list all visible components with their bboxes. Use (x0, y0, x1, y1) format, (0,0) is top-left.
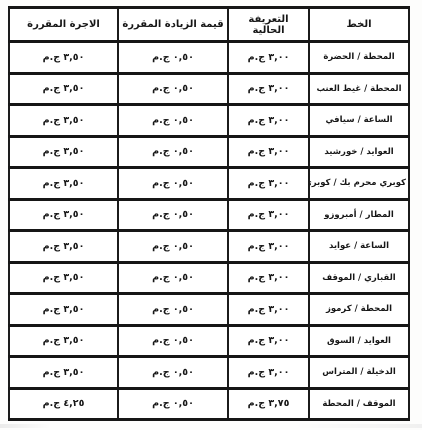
table-row: الموقف / المحطة٣,٧٥ ج.م٠,٥٠ ج.م٤,٢٥ ج.م (9, 388, 409, 420)
cell-increase: ٠,٥٠ ج.م (118, 231, 228, 263)
table-row: العوايد / السوق٣,٠٠ ج.م٠,٥٠ ج.م٣,٥٠ ج.م (9, 325, 409, 357)
cell-new-fare: ٣,٥٠ ج.م (9, 105, 118, 137)
table-row: الساعة / عوايد٣,٠٠ ج.م٠,٥٠ ج.م٣,٥٠ ج.م (9, 231, 409, 263)
table-row: كوبري محرم بك / كوبري الزهور٣,٠٠ ج.م٠,٥٠… (9, 168, 409, 200)
cell-line: كوبري محرم بك / كوبري الزهور (309, 168, 409, 200)
cell-current-tariff: ٣,٠٠ ج.م (228, 231, 309, 263)
cell-current-tariff: ٣,٠٠ ج.م (228, 357, 309, 389)
cell-increase: ٠,٥٠ ج.م (118, 262, 228, 294)
column-header-new-fare: الاجرة المقررة (9, 8, 118, 42)
cell-increase: ٠,٥٠ ج.م (118, 73, 228, 105)
cell-current-tariff: ٣,٠٠ ج.م (228, 73, 309, 105)
table-body: المحطة / الحضرة٣,٠٠ ج.م٠,٥٠ ج.م٣,٥٠ ج.ما… (9, 42, 409, 420)
cell-increase: ٠,٥٠ ج.م (118, 294, 228, 326)
cell-current-tariff: ٣,٠٠ ج.م (228, 168, 309, 200)
cell-line: الساعة / عوايد (309, 231, 409, 263)
cell-current-tariff: ٣,٠٠ ج.م (228, 42, 309, 74)
cell-line: العوايد / السوق (309, 325, 409, 357)
cell-new-fare: ٣,٥٠ ج.م (9, 73, 118, 105)
cell-new-fare: ٤,٢٥ ج.م (9, 388, 118, 420)
cell-current-tariff: ٣,٠٠ ج.م (228, 136, 309, 168)
cell-current-tariff: ٣,٠٠ ج.م (228, 325, 309, 357)
table-row: المحطة / كرموز٣,٠٠ ج.م٠,٥٠ ج.م٣,٥٠ ج.م (9, 294, 409, 326)
cell-new-fare: ٣,٥٠ ج.م (9, 136, 118, 168)
column-header-current-tariff: التعريفة الحالية (228, 8, 309, 42)
cell-increase: ٠,٥٠ ج.م (118, 199, 228, 231)
cell-increase: ٠,٥٠ ج.م (118, 136, 228, 168)
table-row: المحطة / الحضرة٣,٠٠ ج.م٠,٥٠ ج.م٣,٥٠ ج.م (9, 42, 409, 74)
cell-current-tariff: ٣,٠٠ ج.م (228, 199, 309, 231)
cell-new-fare: ٣,٥٠ ج.م (9, 42, 118, 74)
table-row: الساعة / سيافي٣,٠٠ ج.م٠,٥٠ ج.م٣,٥٠ ج.م (9, 105, 409, 137)
table-header-row: الخط التعريفة الحالية قيمة الزيادة المقر… (9, 8, 409, 42)
table-row: القباري / الموقف٣,٠٠ ج.م٠,٥٠ ج.م٣,٥٠ ج.م (9, 262, 409, 294)
cell-line: الدخيلة / المتراس (309, 357, 409, 389)
cell-current-tariff: ٣,٠٠ ج.م (228, 262, 309, 294)
cell-increase: ٠,٥٠ ج.م (118, 168, 228, 200)
cell-line: الساعة / سيافي (309, 105, 409, 137)
scanned-document-page: الخط التعريفة الحالية قيمة الزيادة المقر… (0, 0, 422, 430)
table-row: المطار / أمبروزو٣,٠٠ ج.م٠,٥٠ ج.م٣,٥٠ ج.م (9, 199, 409, 231)
cell-new-fare: ٣,٥٠ ج.م (9, 231, 118, 263)
cell-new-fare: ٣,٥٠ ج.م (9, 262, 118, 294)
cell-line: المحطة / الحضرة (309, 42, 409, 74)
fare-tariff-table: الخط التعريفة الحالية قيمة الزيادة المقر… (8, 6, 410, 421)
cell-new-fare: ٣,٥٠ ج.م (9, 168, 118, 200)
cell-line: العوايد / خورشيد (309, 136, 409, 168)
cell-new-fare: ٣,٥٠ ج.م (9, 325, 118, 357)
table-row: المحطة / غيط العنب٣,٠٠ ج.م٠,٥٠ ج.م٣,٥٠ ج… (9, 73, 409, 105)
cell-increase: ٠,٥٠ ج.م (118, 325, 228, 357)
cell-current-tariff: ٣,٧٥ ج.م (228, 388, 309, 420)
cell-new-fare: ٣,٥٠ ج.م (9, 357, 118, 389)
table-row: العوايد / خورشيد٣,٠٠ ج.م٠,٥٠ ج.م٣,٥٠ ج.م (9, 136, 409, 168)
cell-line: المطار / أمبروزو (309, 199, 409, 231)
cell-increase: ٠,٥٠ ج.م (118, 105, 228, 137)
cell-current-tariff: ٣,٠٠ ج.م (228, 105, 309, 137)
cell-current-tariff: ٣,٠٠ ج.م (228, 294, 309, 326)
cell-new-fare: ٣,٥٠ ج.م (9, 294, 118, 326)
column-header-line: الخط (309, 8, 409, 42)
cell-increase: ٠,٥٠ ج.م (118, 42, 228, 74)
cell-line: الموقف / المحطة (309, 388, 409, 420)
cell-increase: ٠,٥٠ ج.م (118, 357, 228, 389)
table-row: الدخيلة / المتراس٣,٠٠ ج.م٠,٥٠ ج.م٣,٥٠ ج.… (9, 357, 409, 389)
cell-new-fare: ٣,٥٠ ج.م (9, 199, 118, 231)
cell-increase: ٠,٥٠ ج.م (118, 388, 228, 420)
scan-noise-artifact (0, 424, 422, 428)
column-header-increase: قيمة الزيادة المقررة (118, 8, 228, 42)
cell-line: المحطة / غيط العنب (309, 73, 409, 105)
cell-line: المحطة / كرموز (309, 294, 409, 326)
cell-line: القباري / الموقف (309, 262, 409, 294)
